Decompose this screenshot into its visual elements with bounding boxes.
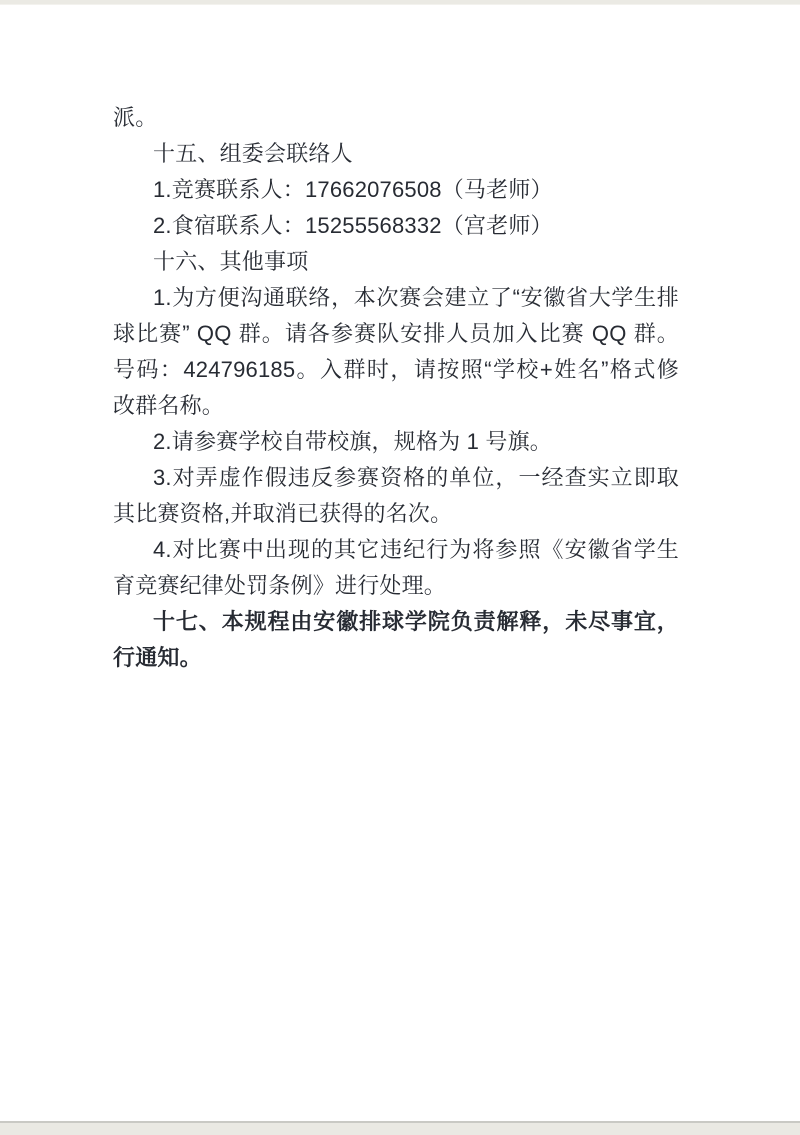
text-line-1: 派。 <box>113 100 679 136</box>
text-line-4: 2.食宿联系人：15255568332（宫老师） <box>113 208 679 244</box>
text-line-11: 3.对弄虚作假违反参赛资格的单位，一经查实立即取消 <box>113 460 679 496</box>
page-top-edge <box>0 0 800 5</box>
text-line-7: 球比赛” QQ 群。请各参赛队安排人员加入比赛 QQ 群。群 <box>113 316 679 352</box>
text-line-9: 改群名称。 <box>113 388 679 424</box>
text-line-2: 十五、组委会联络人 <box>113 136 679 172</box>
text-line-5: 十六、其他事项 <box>113 244 679 280</box>
document-body: 派。十五、组委会联络人1.竞赛联系人：17662076508（马老师）2.食宿联… <box>113 100 679 676</box>
text-line-8: 号码：424796185。入群时，请按照“学校+姓名”格式修 <box>113 352 679 388</box>
text-line-14: 育竞赛纪律处罚条例》进行处理。 <box>113 568 679 604</box>
text-line-3: 1.竞赛联系人：17662076508（马老师） <box>113 172 679 208</box>
document-page: 派。十五、组委会联络人1.竞赛联系人：17662076508（马老师）2.食宿联… <box>0 0 800 1135</box>
text-line-13: 4.对比赛中出现的其它违纪行为将参照《安徽省学生体 <box>113 532 679 568</box>
text-line-15: 十七、本规程由安徽排球学院负责解释，未尽事宜，另 <box>113 604 679 640</box>
page-bottom-edge <box>0 1121 800 1135</box>
text-line-10: 2.请参赛学校自带校旗，规格为 1 号旗。 <box>113 424 679 460</box>
text-line-12: 其比赛资格,并取消已获得的名次。 <box>113 496 679 532</box>
text-line-6: 1.为方便沟通联络，本次赛会建立了“安徽省大学生排 <box>113 280 679 316</box>
text-line-16: 行通知。 <box>113 640 679 676</box>
